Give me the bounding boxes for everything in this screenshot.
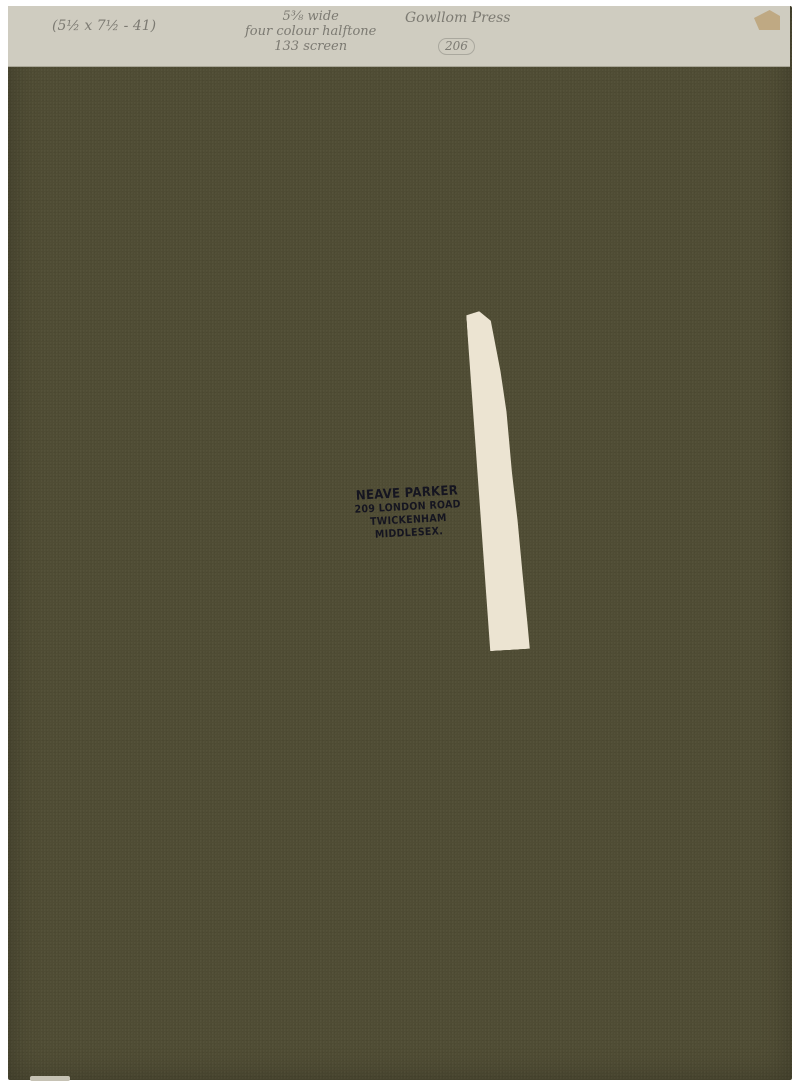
pencil-note-size: 5⅜ wide: [245, 10, 376, 23]
pencil-note-print-spec: 5⅜ wide four colour halftone 133 screen: [245, 10, 376, 55]
pencil-note-press: Gowllom Press: [405, 12, 510, 25]
pencil-note-number: 206: [438, 38, 475, 55]
pencil-note-screen: 133 screen: [245, 40, 376, 53]
mount-board: [8, 6, 792, 1080]
torn-corner: [754, 10, 780, 30]
paper-top-strip: [8, 6, 790, 67]
board-edge-wear: [30, 1076, 70, 1081]
photographer-stamp: NEAVE PARKER 209 LONDON ROAD TWICKENHAM …: [337, 482, 480, 543]
pencil-note-process: four colour halftone: [245, 25, 376, 38]
pencil-note-dimensions: (5½ x 7½ - 41): [52, 20, 156, 33]
